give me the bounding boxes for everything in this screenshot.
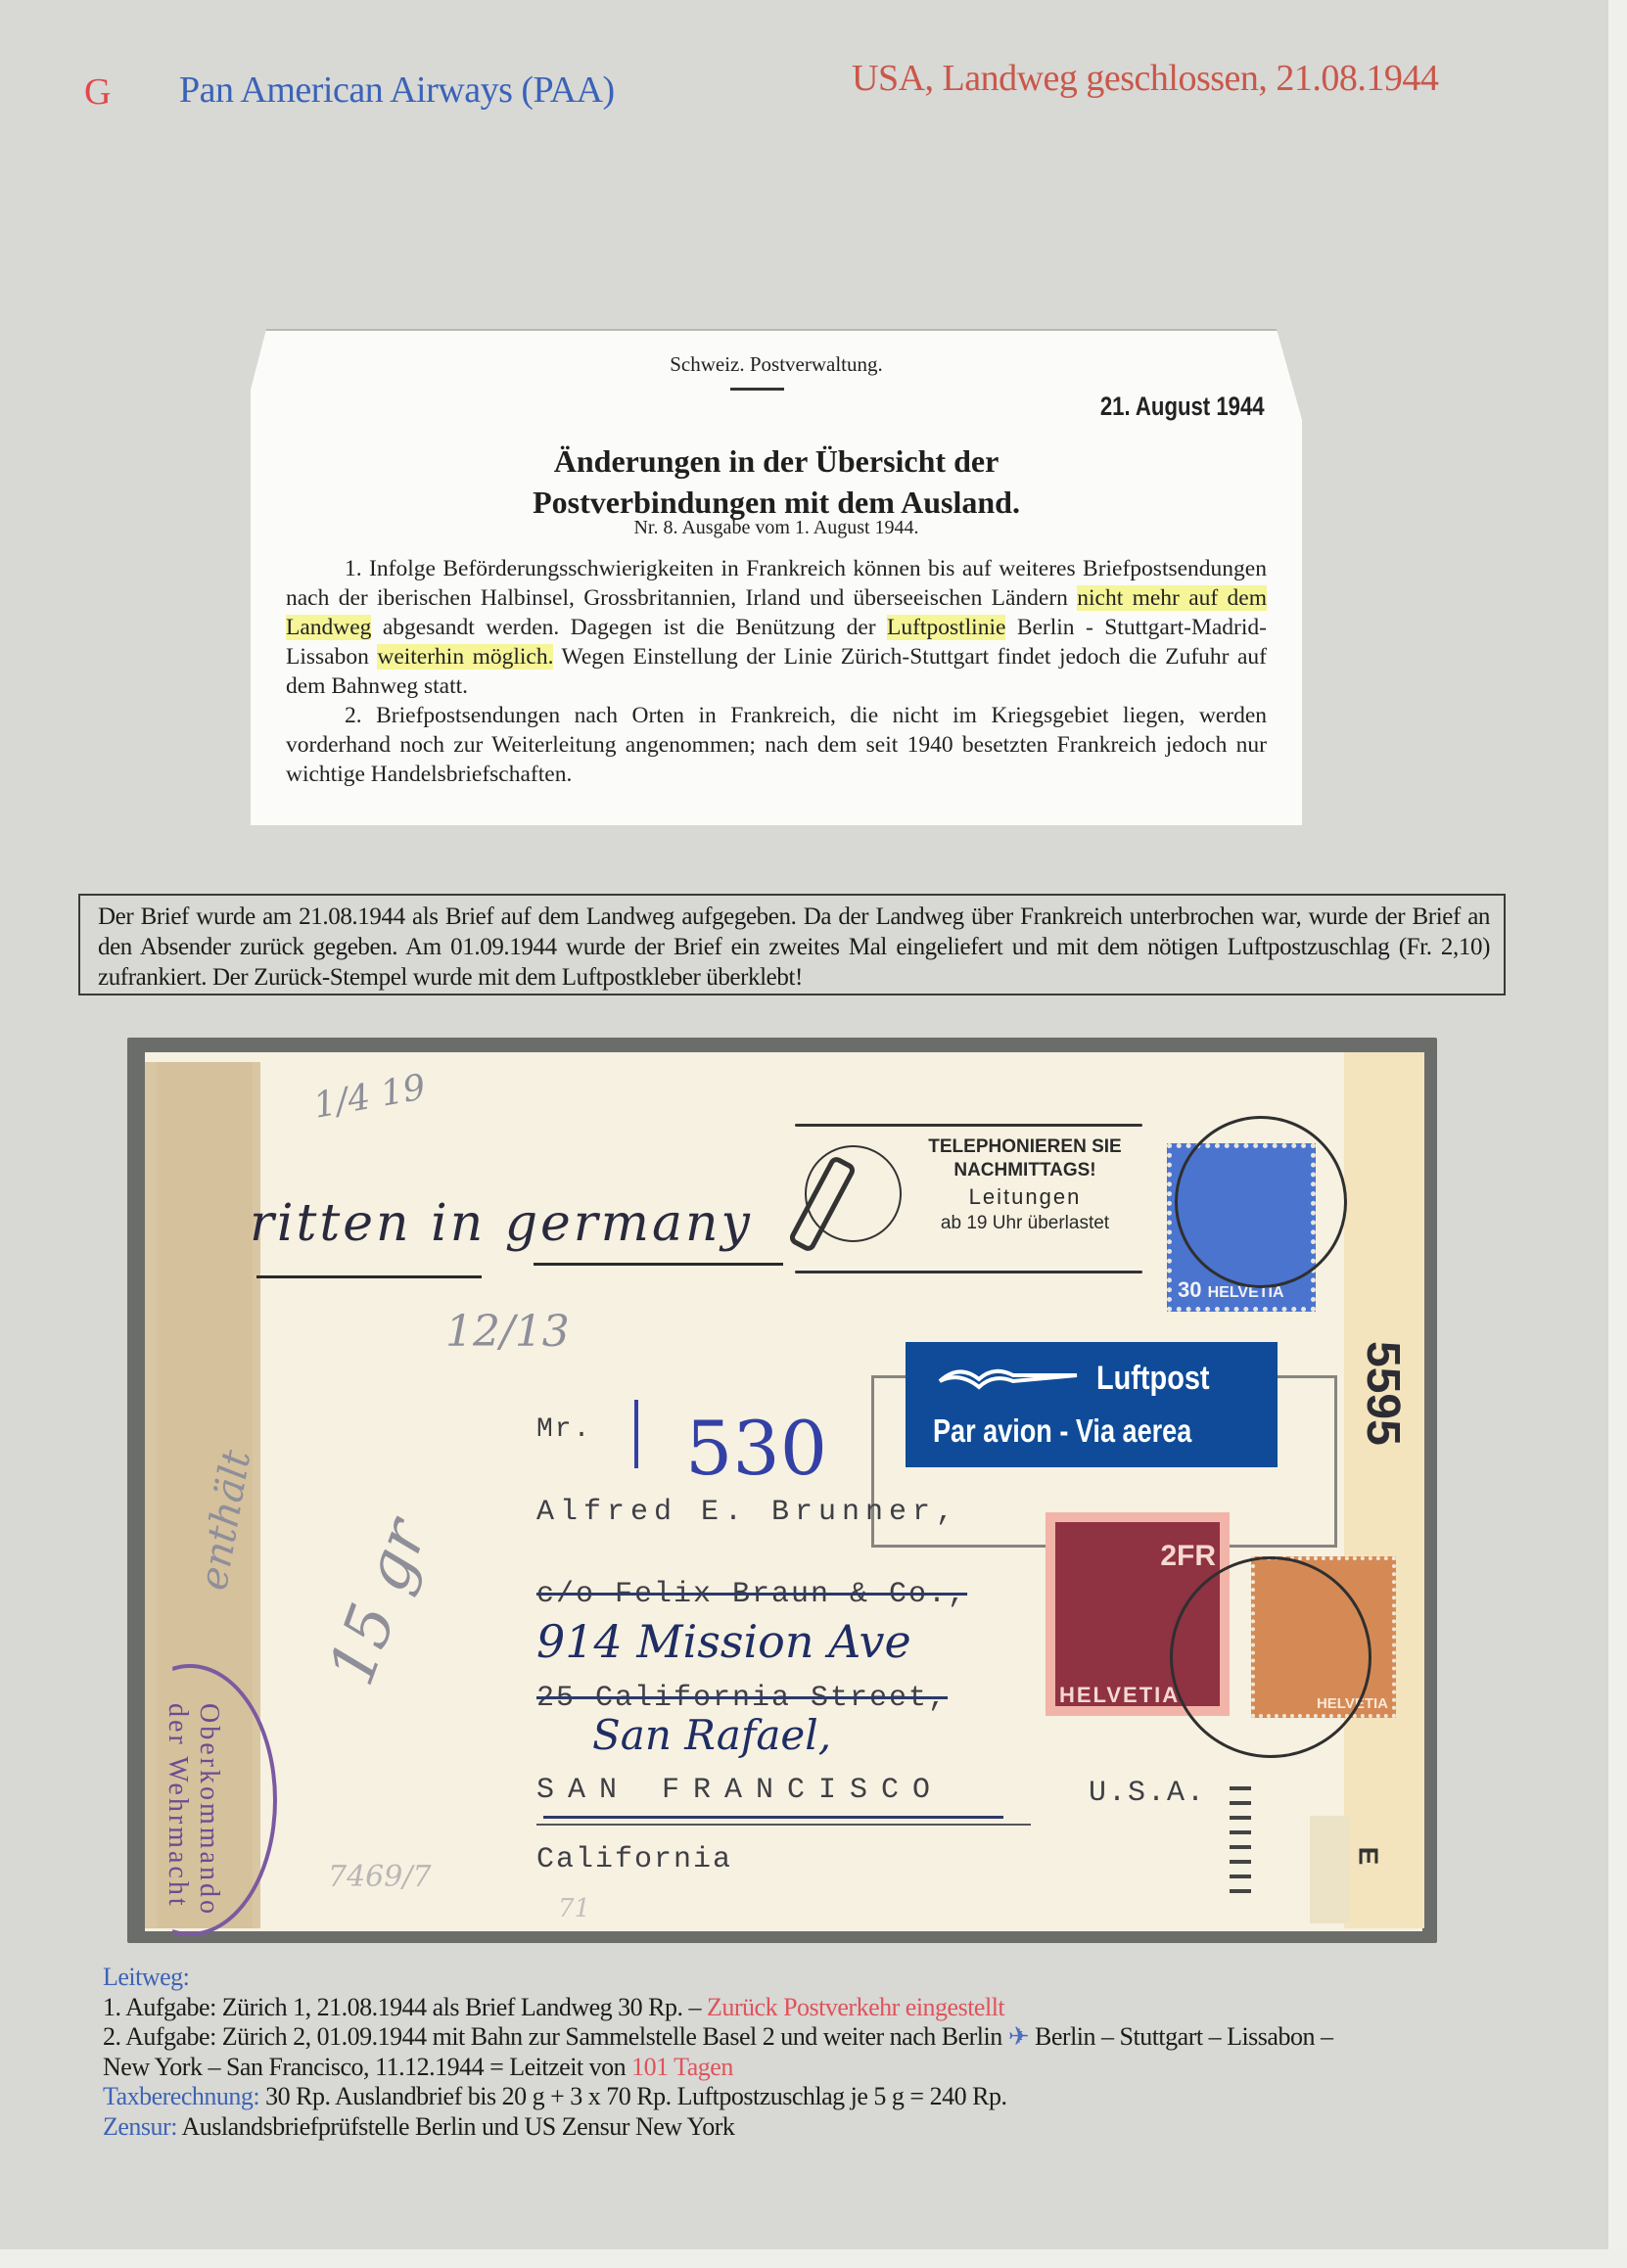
- route-line: 1. Aufgabe: Zürich 1, 21.08.1944 als Bri…: [103, 1993, 1332, 2023]
- stamp-country: HELVETIA: [1059, 1683, 1180, 1708]
- airmail-label: Luftpost Par avion - Via aerea: [906, 1342, 1278, 1467]
- clipping-corner: [1277, 329, 1304, 427]
- slogan-line: ab 19 Uhr überlastet: [903, 1212, 1147, 1235]
- postmark-zurich-2: [1170, 1556, 1371, 1758]
- page-edge-bottom: [0, 2249, 1627, 2268]
- postmark-zurich-1: [1175, 1116, 1347, 1288]
- slogan-cancellation: TELEPHONIEREN SIE NACHMITTAGS! Leitungen…: [795, 1116, 1145, 1282]
- handwritten-written-in-germany: ritten in germany: [250, 1194, 753, 1253]
- route-line: New York – San Francisco, 11.12.1944 = L…: [103, 2053, 1332, 2083]
- route-highlight: 101 Tagen: [631, 2053, 733, 2081]
- censor-line: Zensur: Auslandsbriefprüfstelle Berlin u…: [103, 2112, 1332, 2143]
- censor-label: Zensur:: [103, 2112, 177, 2141]
- censor-number: 5595: [1356, 1341, 1410, 1446]
- notice-body: 1. Infolge Beförderungsschwierigkeiten i…: [286, 554, 1267, 789]
- notice-paragraph-1: 1. Infolge Beförderungsschwierigkeiten i…: [286, 554, 1267, 701]
- slogan-line: Leitungen: [903, 1182, 1147, 1212]
- address-state: California: [536, 1843, 732, 1876]
- machine-tick-marks: [1230, 1786, 1251, 1904]
- text: 2. Aufgabe: Zürich 2, 01.09.1944 mit Bah…: [103, 2022, 1008, 2051]
- stamp-value: 2FR: [1160, 1540, 1216, 1573]
- pencil-receipt-note: 12/13: [445, 1307, 570, 1357]
- route-line: 2. Aufgabe: Zürich 2, 01.09.1944 mit Bah…: [103, 2022, 1332, 2053]
- seagull-icon: [935, 1362, 1082, 1397]
- notice-subtitle: Nr. 8. Ausgabe vom 1. August 1944.: [251, 517, 1302, 539]
- pencil-bottom-note: 7469/7: [328, 1860, 432, 1894]
- description-box: Der Brief wurde am 21.08.1944 als Brief …: [78, 894, 1506, 995]
- censor-tape-right: [1344, 1052, 1424, 1928]
- registration-prefix: Mr.: [536, 1414, 591, 1445]
- registration-number: 530: [685, 1405, 827, 1492]
- page-edge: [1608, 0, 1627, 2268]
- slogan-text: TELEPHONIEREN SIE NACHMITTAGS! Leitungen…: [903, 1135, 1147, 1235]
- slogan-line: NACHMITTAGS!: [903, 1159, 1147, 1182]
- address-new-line: 914 Mission Ave: [536, 1615, 911, 1668]
- notice-paragraph-2: 2. Briefpostsendungen nach Orten in Fran…: [286, 701, 1267, 789]
- address-country: U.S.A.: [1089, 1777, 1206, 1810]
- address-name: Alfred E. Brunner,: [536, 1496, 959, 1529]
- wavy-line: [795, 1124, 1142, 1127]
- postal-notice-clipping: Schweiz. Postverwaltung. 21. August 1944…: [251, 331, 1302, 825]
- address-strike: [543, 1816, 1003, 1819]
- address-city: SAN FRANCISCO: [536, 1774, 944, 1807]
- notice-title: Änderungen in der Übersicht der Postverb…: [251, 440, 1302, 523]
- address-new-line: San Rafael,: [592, 1711, 831, 1759]
- registration-mark: [634, 1400, 638, 1468]
- tax-label: Taxberechnung:: [103, 2082, 259, 2110]
- tax-line: Taxberechnung: 30 Rp. Auslandbrief bis 2…: [103, 2082, 1332, 2112]
- address-old-line: c/o Felix Braun & Co.,: [536, 1578, 967, 1611]
- underline: [256, 1275, 482, 1278]
- address-old-line: 25 California Street,: [536, 1682, 948, 1715]
- text: Berlin – Stuttgart – Lissabon –: [1029, 2022, 1332, 2051]
- highlighted-text: Luftpostlinie: [887, 615, 1005, 640]
- text: Auslandsbriefprüfstelle Berlin und US Ze…: [177, 2112, 735, 2141]
- text: New York – San Francisco, 11.12.1944 = L…: [103, 2053, 631, 2081]
- notice-issuer: Schweiz. Postverwaltung.: [251, 352, 1302, 377]
- airplane-icon: ✈: [1008, 2022, 1029, 2052]
- airmail-label-line1: Luftpost: [1096, 1360, 1210, 1398]
- notice-title-line: Änderungen in der Übersicht der: [251, 440, 1302, 482]
- censor-mark: E: [1352, 1847, 1383, 1866]
- text: 1. Aufgabe: Zürich 1, 21.08.1944 als Bri…: [103, 1993, 707, 2021]
- notice-divider: [730, 388, 784, 391]
- route-highlight: Zurück Postverkehr eingestellt: [707, 1993, 1004, 2021]
- underline: [534, 1263, 783, 1266]
- page-subtitle: USA, Landweg geschlossen, 21.08.1944: [852, 57, 1438, 100]
- route-label: Leitweg:: [103, 1963, 1332, 1993]
- airmail-label-line2: Par avion - Via aerea: [933, 1412, 1191, 1450]
- pencil-bottom-note: 71: [558, 1894, 590, 1923]
- section-letter: G: [84, 70, 111, 114]
- page-title: Pan American Airways (PAA): [179, 69, 615, 112]
- text: abgesandt werden. Dagegen ist die Benütz…: [371, 615, 887, 640]
- censor-tape-fragment: [1310, 1816, 1349, 1923]
- wavy-line: [795, 1271, 1142, 1273]
- slogan-line: TELEPHONIEREN SIE: [903, 1135, 1147, 1159]
- highlighted-text: weiterhin möglich.: [377, 644, 553, 670]
- address-underline: [536, 1824, 1031, 1826]
- text: 30 Rp. Auslandbrief bis 20 g + 3 x 70 Rp…: [259, 2082, 1006, 2110]
- notice-date: 21. August 1944: [1100, 392, 1265, 422]
- censor-seal-text: Oberkommando der Wehrmacht: [162, 1703, 224, 1928]
- route-description: Leitweg: 1. Aufgabe: Zürich 1, 21.08.194…: [103, 1963, 1332, 2142]
